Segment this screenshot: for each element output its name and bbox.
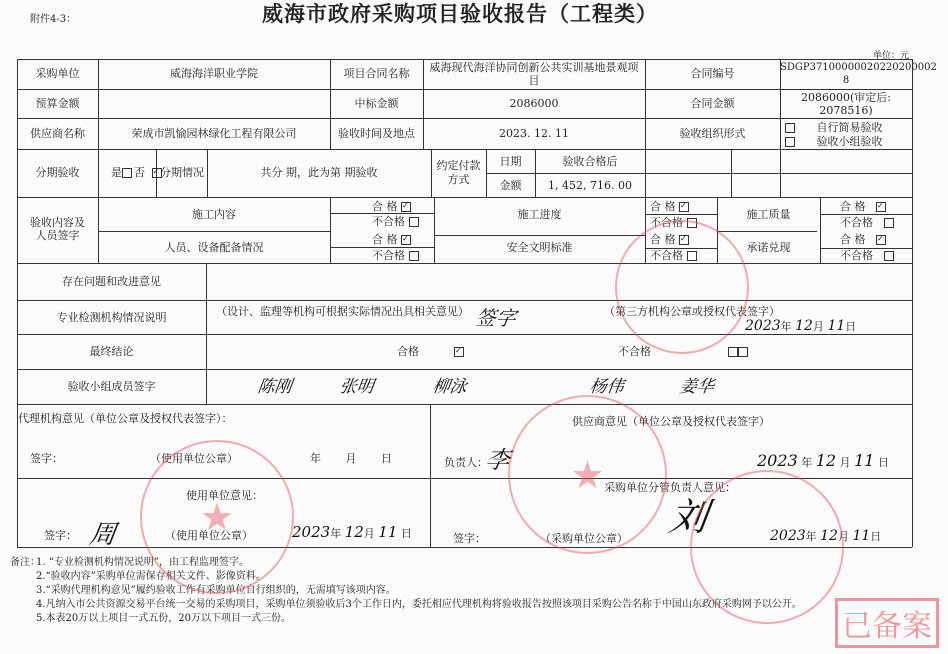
payment-amount-label: 金额 (486, 179, 535, 192)
item-progress: 施工进度 (434, 208, 645, 221)
purchaser-seal (690, 470, 844, 624)
payment-label-1: 约定付款 (431, 159, 486, 172)
checkbox-installment-yes[interactable] (122, 168, 132, 178)
item-staff-equipment: 人员、设备配备情况 (98, 241, 330, 254)
org-form-label: 验收组织形式 (645, 127, 780, 140)
agency-date: 年 月 日 (310, 452, 392, 465)
member-signature-3: 柳泳 (431, 372, 469, 397)
note-4: 4.凡纳入市公共资源交易平台统一交易的采购项目，采购单位须验收后3个工作日内，委… (36, 598, 802, 612)
note-2: 2.“验收内容”采购单位需保存相关文件、影像资料。 (36, 570, 802, 584)
inspection-note: （设计、监理等机构可根据实际情况出具相关意见） (216, 305, 469, 318)
purchaser-value: 威海海洋职业学院 (98, 67, 330, 80)
payment-label-2: 方式 (431, 173, 486, 186)
checkbox-pass-commitment[interactable] (876, 235, 886, 245)
fail-quality[interactable]: 不合格 (840, 216, 894, 229)
third-party-seal (615, 220, 749, 354)
installment-text: 共分 期，此为第 期验收 (207, 166, 431, 179)
payment-date-value: 验收合格后 (535, 155, 645, 168)
time-place-label: 验收时间及地点 (330, 127, 423, 140)
member-signature-4: 杨伟 (588, 372, 626, 397)
contract-amount-line2: 2078516) (780, 104, 912, 117)
time-place-value: 2023. 12. 11 (423, 127, 645, 140)
conclusion-pass[interactable]: 合格 (397, 345, 464, 358)
contract-no-line1: SDGP37100000020220200002 (780, 61, 912, 74)
pass-construction[interactable]: 合 格 (372, 200, 411, 213)
contract-no-line2: 8 (780, 74, 912, 87)
fail-construction[interactable]: 不合格 (372, 215, 419, 228)
user-unit-seal: ★ (140, 440, 294, 594)
supplier-label: 供应商名称 (17, 127, 98, 140)
project-name-line2: 目 (423, 74, 645, 87)
contract-no-label: 合同编号 (645, 67, 780, 80)
org-option-team[interactable]: 验收小组验收 (785, 135, 883, 148)
installment-label: 分期验收 (17, 166, 98, 179)
star-icon: ★ (200, 495, 234, 539)
payment-date-label: 日期 (486, 155, 535, 168)
acceptance-label-2: 人员签字 (17, 229, 98, 242)
item-safety: 安全文明标准 (434, 241, 645, 254)
checkbox-team-acceptance[interactable] (785, 137, 795, 147)
agency-label: 代理机构意见（单位公章及授权代表签字）： (18, 412, 233, 425)
purchaser-head-sign-label: 签字： (453, 532, 486, 545)
checkbox-pass-quality[interactable] (876, 202, 886, 212)
supplier-value: 荣成市凯愉园林绿化工程有限公司 (98, 127, 330, 140)
org-option-simple[interactable]: 自行简易验收 (785, 121, 883, 134)
user-unit-date: 2023年 12月 11 日 (292, 526, 412, 540)
supplier-person-label: 负责人： (444, 456, 488, 469)
inspection-signature: 签字 (474, 302, 518, 331)
checkbox-conclusion-fail[interactable] (728, 347, 738, 357)
checkbox-fail-staff[interactable] (409, 251, 419, 261)
contract-amount-label: 合同金额 (645, 97, 780, 110)
attachment-label: 附件4-3： (30, 13, 76, 26)
payment-amount-value: 1, 452, 716. 00 (535, 179, 645, 192)
budget-label: 预算金额 (17, 97, 98, 110)
pass-quality[interactable]: 合 格 (840, 200, 886, 213)
checkbox-pass-staff[interactable] (401, 235, 411, 245)
conclusion-label: 最终结论 (17, 345, 206, 358)
page-title: 威海市政府采购项目验收报告（工程类） (262, 8, 658, 21)
checkbox-fail-commitment[interactable] (884, 251, 894, 261)
inspection-label: 专业检测机构情况说明 (17, 311, 206, 324)
star-icon: ★ (570, 453, 604, 497)
user-unit-sign-label: 签字： (44, 529, 77, 542)
member-signature-2: 张明 (338, 372, 376, 397)
member-signature-5: 姜华 (678, 372, 716, 397)
supplier-seal: ★ (508, 395, 667, 554)
note-3: 3.“采购代理机构意见”履约验收工作有采购单位自行组织的，无需填写该项内容。 (36, 584, 802, 598)
fail-staff[interactable]: 不合格 (372, 249, 419, 262)
pass-commitment[interactable]: 合 格 (840, 233, 886, 246)
note-5: 5.本表20万以上项目一式五份，20万以下项目一式三份。 (36, 612, 802, 626)
project-name-label: 项目合同名称 (330, 67, 423, 80)
members-label: 验收小组成员签字 (17, 380, 206, 393)
filed-stamp: 已备案 (835, 598, 939, 648)
installment-status-label: 分期情况 (160, 166, 204, 179)
checkbox-fail-quality[interactable] (884, 218, 894, 228)
note-1: 1. “专业检测机构情况说明”，由工程监理签字。 (36, 556, 802, 570)
project-name-line1: 威海现代海洋协同创新公共实训基地景观项 (423, 61, 645, 74)
pass-staff[interactable]: 合 格 (372, 233, 411, 246)
checkbox-pass-progress[interactable] (679, 202, 689, 212)
installment-yes-no[interactable]: 是否 (111, 166, 162, 179)
bid-amount-value: 2086000 (423, 97, 645, 110)
contract-amount-line1: 2086000(审定后: (780, 91, 912, 104)
purchaser-label: 采购单位 (17, 67, 98, 80)
fail-commitment[interactable]: 不合格 (840, 249, 894, 262)
pass-progress[interactable]: 合 格 (650, 200, 689, 213)
issues-label: 存在问题和改进意见 (17, 275, 206, 288)
supplier-date: 2023 年 12 月 11 日 (757, 454, 889, 469)
member-signature-1: 陈刚 (256, 372, 294, 397)
checkbox-simple-acceptance[interactable] (785, 123, 795, 133)
bid-amount-label: 中标金额 (330, 97, 423, 110)
acceptance-label-1: 验收内容及 (17, 216, 98, 229)
checkbox-fail-construction[interactable] (409, 217, 419, 227)
user-unit-signature: 周 (87, 514, 118, 551)
item-construction-content: 施工内容 (98, 208, 330, 221)
inspection-date: 2023年 12月 11日 (745, 320, 856, 333)
agency-sign-label: 签字： (30, 452, 63, 465)
checkbox-conclusion-pass[interactable] (454, 347, 464, 357)
checkbox-pass-construction[interactable] (401, 202, 411, 212)
item-quality: 施工质量 (717, 208, 820, 221)
notes-list: 1. “专业检测机构情况说明”，由工程监理签字。 2.“验收内容”采购单位需保存… (36, 556, 802, 626)
